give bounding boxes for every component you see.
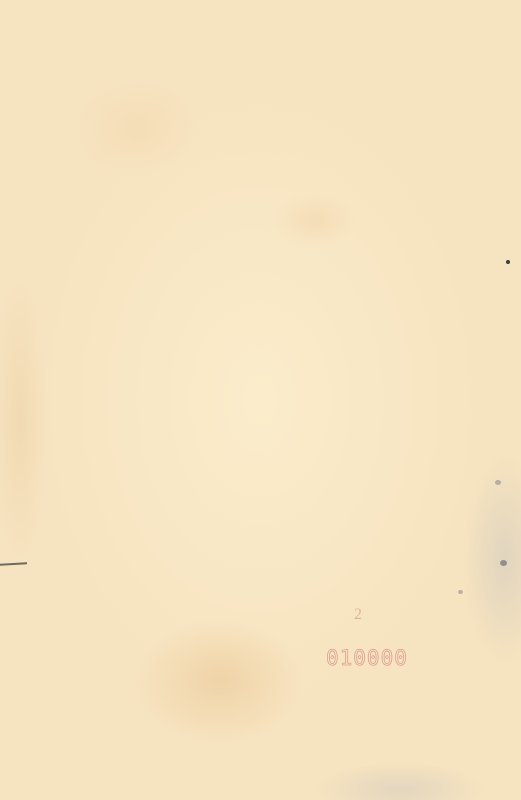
- page-edge-mark: [0, 562, 27, 565]
- stamp-number: 010000: [326, 646, 408, 670]
- blank-book-page: 2 010000: [0, 0, 521, 800]
- ink-speck: [495, 480, 501, 485]
- stamp-mark: 2: [354, 606, 363, 624]
- ink-speck: [458, 590, 463, 594]
- ink-speck: [506, 260, 510, 264]
- ink-speck: [500, 560, 507, 566]
